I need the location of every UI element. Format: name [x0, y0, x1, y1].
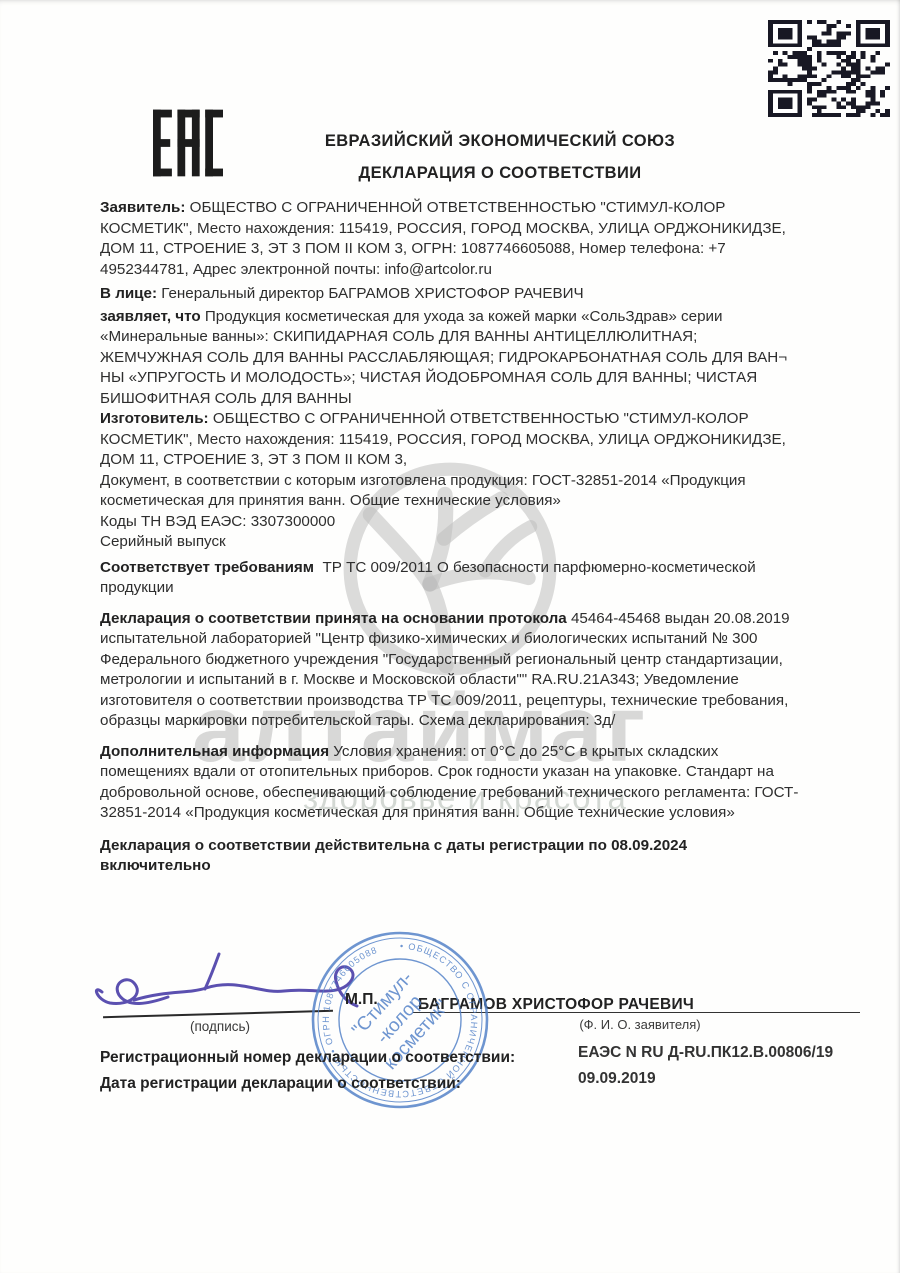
reg-number-value: ЕАЭС N RU Д-RU.ПК12.В.00806/19	[578, 1044, 833, 1062]
additional-info-label: Дополнительная информация	[100, 743, 329, 760]
name-caption: (Ф. И. О. заявителя)	[540, 1017, 740, 1032]
signature-caption: (подпись)	[160, 1019, 280, 1034]
validity-paragraph: Декларация о соответствии действительна …	[100, 836, 890, 877]
document-body: Заявитель: ОБЩЕСТВО С ОГРАНИЧЕННОЙ ОТВЕТ…	[100, 198, 890, 877]
reg-date-label: Дата регистрации декларации о соответств…	[100, 1075, 461, 1093]
person-text: Генеральный директор БАГРАМОВ ХРИСТОФОР …	[157, 285, 584, 302]
eac-mark-icon	[153, 103, 223, 188]
manufacturer-label: Изготовитель:	[100, 410, 209, 427]
person-label: В лице:	[100, 285, 157, 302]
applicant-text: ОБЩЕСТВО С ОГРАНИЧЕННОЙ ОТВЕТСТВЕННОСТЬЮ…	[100, 199, 786, 278]
additional-info-paragraph: Дополнительная информация Условия хранен…	[100, 742, 890, 824]
conformity-paragraph: Соответствует требованиям ТР ТС 009/2011…	[100, 558, 890, 599]
basis-text: 45464-45468 выдан 20.08.2019 испытательн…	[100, 610, 790, 730]
applicant-paragraph: Заявитель: ОБЩЕСТВО С ОГРАНИЧЕННОЙ ОТВЕТ…	[100, 198, 890, 280]
basis-paragraph: Декларация о соответствии принята на осн…	[100, 609, 890, 732]
manufacturer-paragraph: Изготовитель: ОБЩЕСТВО С ОГРАНИЧЕННОЙ ОТ…	[100, 409, 890, 471]
serial-line: Серийный выпуск	[100, 532, 890, 553]
conformity-label: Соответствует требованиям	[100, 559, 314, 576]
header-doc-title: ДЕКЛАРАЦИЯ О СООТВЕТСТВИИ	[225, 164, 775, 183]
declares-text: Продукция косметическая для ухода за кож…	[100, 308, 787, 407]
reg-date-value: 09.09.2019	[578, 1070, 656, 1088]
declaration-document-page: алтаймаг здоровье и красота ЕВРАЗИЙСКИЙ …	[0, 0, 900, 1273]
standard-doc-paragraph: Документ, в соответствии с которым изгот…	[100, 471, 890, 512]
tnved-line: Коды ТН ВЭД ЕАЭС: 3307300000	[100, 512, 890, 533]
header-union-title: ЕВРАЗИЙСКИЙ ЭКОНОМИЧЕСКИЙ СОЮЗ	[225, 132, 775, 151]
declares-paragraph: заявляет, что Продукция косметическая дл…	[100, 307, 890, 410]
applicant-label: Заявитель:	[100, 199, 185, 216]
reg-number-label: Регистрационный номер декларации о соотв…	[100, 1049, 515, 1067]
declares-label: заявляет, что	[100, 308, 201, 325]
basis-label: Декларация о соответствии принята на осн…	[100, 610, 567, 627]
qr-code-icon	[768, 20, 890, 122]
person-paragraph: В лице: Генеральный директор БАГРАМОВ ХР…	[100, 284, 890, 305]
